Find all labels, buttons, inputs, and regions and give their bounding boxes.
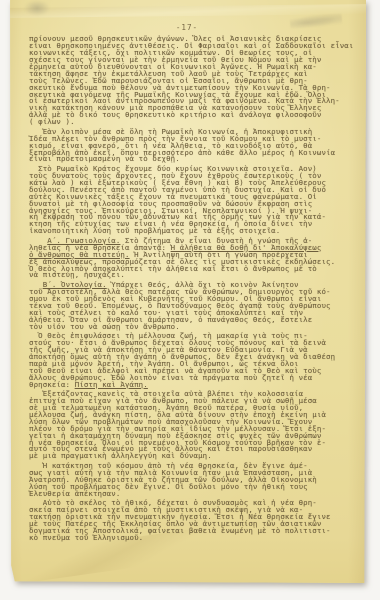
page-number: -17- <box>8 23 366 32</box>
text-line: ἀλλὰ μὲ τὸ δικό τους θρησκευτικὸ κριτήρι… <box>29 112 359 119</box>
paragraph: πρίονουν μεσοῦ θρησκευτικῶν ἀγώνων. Ὅλες… <box>29 36 359 126</box>
text-line: ( φίλων ). <box>29 119 359 126</box>
paragraph: Ἐὰν λοιπὸν μέσα σὲ ὅλη τὴ Ρωμαϊκὴ Κοινων… <box>29 129 359 164</box>
text-line: τὸν υἱόν του νὰ σώσῃ τὸν ἄνθρωπο. <box>29 324 359 331</box>
paragraph: Ὁ Θεὸς ἐπιφυλάσσει τὴ μέλλουσα ζωή, τὴ μ… <box>29 333 359 389</box>
paper-surface: -17- πρίονουν μεσοῦ θρησκευτικῶν ἀγώνων.… <box>8 0 366 583</box>
paragraph: Β΄. Ὀντολογία. Ὑπάρχει Θεός, ἀλλὰ ὄχι τὸ… <box>29 282 359 331</box>
text-segment: ( φίλων ). <box>29 117 75 126</box>
text-line: κὸ πνεῦμα τοῦ Ἑλληνισμοῦ. <box>29 535 359 542</box>
text-segment: μὲ μιὰ πραγματικὴ ἀλληλεγγύη καὶ δύναμη. <box>29 451 212 460</box>
text-segment: Ἐλευθερία ἀπέκτησαν. <box>29 489 120 498</box>
paragraph: Στὸ Ρωμαϊκὸ Κράτος ἔχουμε δύο κυρίως Κοι… <box>29 166 359 235</box>
document-body-text: πρίονουν μεσοῦ θρησκευτικῶν ἀγώνων. Ὅλες… <box>29 36 359 542</box>
text-line: ἱκανοποιητικὴ λύση τοῦ προβλήματος μὲ τὰ… <box>29 228 359 235</box>
scanned-page-background: -17- πρίονουν μεσοῦ θρησκευτικῶν ἀγώνων.… <box>0 0 380 600</box>
text-segment: νὰ πιστεύῃ, ἡσυχάζει. <box>29 270 125 279</box>
text-line: νὰ πιστεύῃ, ἡσυχάζει. <box>29 272 359 279</box>
paragraph: Ἐξετάζοντας κανεὶς τὰ στοιχεῖα αὐτὰ βλέπ… <box>29 391 359 460</box>
text-segment: τὸν υἱόν του νὰ σώσῃ τὸν ἄνθρωπο. <box>29 322 180 331</box>
paragraph: Ἡ κατάκτηση τοῦ κόσμου ἀπὸ τὴ νέα θρησκε… <box>29 463 359 498</box>
text-line: θρησκεία: Πίστη καὶ Ἀγάπη. <box>29 382 359 389</box>
text-line: Ἐλευθερία ἀπέκτησαν. <box>29 491 359 498</box>
paper-sheet: -17- πρίονουν μεσοῦ θρησκευτικῶν ἀγώνων.… <box>8 0 366 583</box>
text-segment: ἱκανοποιητικὴ λύση τοῦ προβλήματος μὲ τὰ… <box>29 226 280 235</box>
text-segment: θρησκεία: <box>29 380 75 389</box>
text-line: μὲ μιὰ πραγματικὴ ἀλληλεγγύη καὶ δύναμη. <box>29 453 359 460</box>
paper-smudge-top-left <box>24 0 50 16</box>
text-line: εἶναι προετοιμασμένη νὰ τὸ δεχθῇ. <box>29 156 359 163</box>
text-segment: εἶναι προετοιμασμένη νὰ τὸ δεχθῇ. <box>29 154 180 163</box>
paragraph: Αὐτὸ τὸ σκέλος τὸ ἠθικό, δέχεται ὁ συνδυ… <box>29 500 359 542</box>
underlined-text-segment: Πίστη καὶ Ἀγάπη. <box>75 380 148 389</box>
paragraph: Α΄. Γνωσιολογία. Στὸ ζήτημα ἂν εἶναι δυν… <box>29 238 359 280</box>
text-segment: κὸ πνεῦμα τοῦ Ἑλληνισμοῦ. <box>29 533 143 542</box>
